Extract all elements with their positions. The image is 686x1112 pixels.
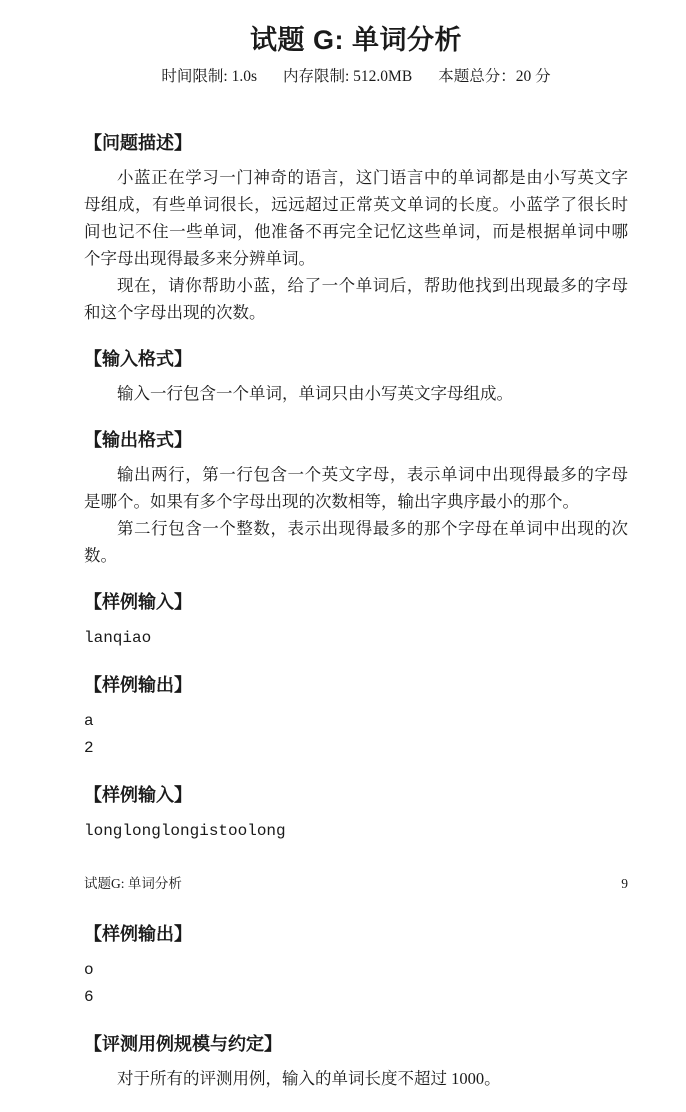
total-score: 本题总分：20 分: [438, 68, 550, 86]
page-footer: 试题G: 单词分析 9: [84, 875, 628, 893]
memory-limit: 内存限制: 512.0MB: [283, 68, 412, 86]
section-problem-description: 【问题描述】 小蓝正在学习一门神奇的语言，这门语言中的单词都是由小写英文字母组成…: [84, 132, 628, 326]
section-input-format: 【输入格式】 输入一行包含一个单词，单词只由小写英文字母组成。: [84, 348, 628, 407]
section-heading: 【样例输入】: [84, 784, 628, 806]
section-sample-output-1: 【样例输出】 a 2: [84, 674, 628, 762]
section-heading: 【样例输出】: [84, 674, 628, 696]
paragraph: 小蓝正在学习一门神奇的语言，这门语言中的单词都是由小写英文字母组成，有些单词很长…: [84, 164, 628, 272]
section-sample-output-2: 【样例输出】 o 6: [84, 923, 628, 1011]
paragraph: 输入一行包含一个单词，单词只由小写英文字母组成。: [84, 380, 628, 407]
sample-input-code: lanqiao: [84, 625, 628, 652]
paragraph: 第二行包含一个整数，表示出现得最多的那个字母在单词中出现的次数。: [84, 515, 628, 569]
sample-output-line: 6: [84, 984, 628, 1011]
section-sample-input-2: 【样例输入】 longlonglongistoolong: [84, 784, 628, 845]
footer-page-number: 9: [621, 875, 628, 893]
sample-output-line: 2: [84, 735, 628, 762]
page-title: 试题 G: 单词分析: [84, 24, 628, 56]
section-heading: 【输入格式】: [84, 348, 628, 370]
time-limit: 时间限制: 1.0s: [161, 68, 257, 86]
document-page: 试题 G: 单词分析 时间限制: 1.0s 内存限制: 512.0MB 本题总分…: [0, 0, 686, 1112]
sample-output-line: o: [84, 957, 628, 984]
sample-output-line: a: [84, 708, 628, 735]
sample-input-code: longlonglongistoolong: [84, 818, 628, 845]
paragraph: 现在，请你帮助小蓝，给了一个单词后，帮助他找到出现最多的字母和这个字母出现的次数…: [84, 272, 628, 326]
paragraph: 对于所有的评测用例，输入的单词长度不超过 1000。: [84, 1065, 628, 1092]
section-heading: 【问题描述】: [84, 132, 628, 154]
footer-problem-label: 试题G: 单词分析: [84, 875, 182, 893]
section-heading: 【评测用例规模与约定】: [84, 1033, 628, 1055]
section-heading: 【输出格式】: [84, 429, 628, 451]
section-heading: 【样例输入】: [84, 591, 628, 613]
paragraph: 输出两行，第一行包含一个英文字母，表示单词中出现得最多的字母是哪个。如果有多个字…: [84, 461, 628, 515]
problem-meta: 时间限制: 1.0s 内存限制: 512.0MB 本题总分：20 分: [84, 68, 628, 86]
section-sample-input-1: 【样例输入】 lanqiao: [84, 591, 628, 652]
section-constraints: 【评测用例规模与约定】 对于所有的评测用例，输入的单词长度不超过 1000。: [84, 1033, 628, 1092]
section-output-format: 【输出格式】 输出两行，第一行包含一个英文字母，表示单词中出现得最多的字母是哪个…: [84, 429, 628, 569]
section-heading: 【样例输出】: [84, 923, 628, 945]
